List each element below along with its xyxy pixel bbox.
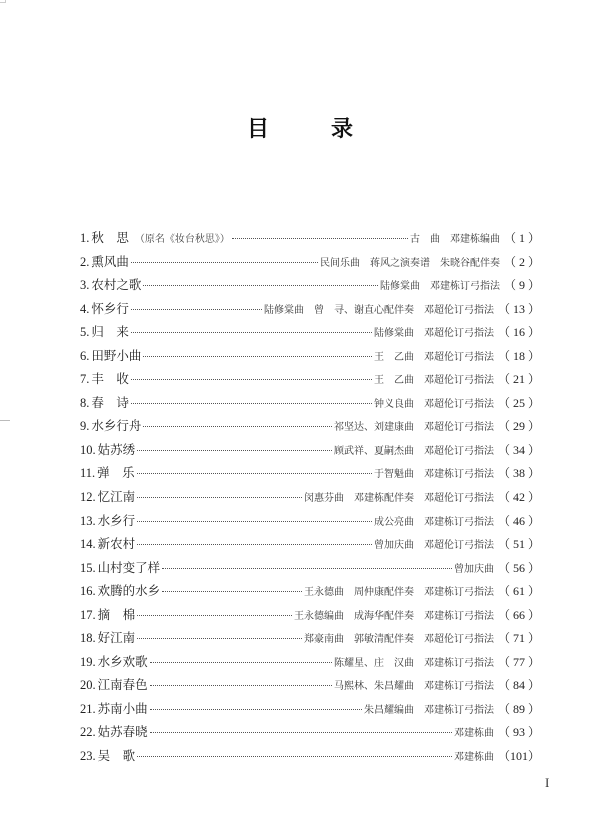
dot-leader [137, 544, 372, 545]
toc-entry-number: 15. [80, 558, 96, 578]
toc-entry[interactable]: 16.欢腾的水乡王永德曲周仲康配伴奏邓建栋订弓指法（ 61 ） [80, 581, 540, 605]
toc-entry[interactable]: 18.好江南郑豪南曲郭敏清配伴奏邓超伦订弓指法（ 71 ） [80, 628, 540, 652]
dot-leader [143, 285, 378, 286]
toc-entry[interactable]: 4.怀乡行陆修棠曲曾 寻、谢直心配伴奏邓超伦订弓指法（ 13 ） [80, 299, 540, 323]
toc-entry-credit: 邓超伦订弓指法 [424, 422, 494, 433]
dot-leader [150, 732, 452, 733]
toc-entry-number: 11. [80, 463, 95, 483]
toc-entry-title: 苏南小曲 [98, 699, 148, 719]
toc-entry-credit: 邓超伦订弓指法 [424, 375, 494, 386]
toc-entry[interactable]: 3.农村之歌陆修棠曲邓建栋订弓指法（ 9 ） [80, 275, 540, 299]
toc-entry-number: 12. [80, 487, 96, 507]
toc-entry-credit: 陈耀星、庄 汉曲 [334, 658, 414, 669]
toc-entry-title: 欢腾的水乡 [98, 581, 161, 601]
toc-entry-credit: 曾加庆曲 [374, 540, 414, 551]
toc-entry-title: 水乡欢歌 [98, 652, 148, 672]
toc-entry-credit: 邓超伦订弓指法 [424, 540, 494, 551]
toc-entry-title: 江南春色 [98, 675, 148, 695]
toc-entry-page: （ 9 ） [504, 275, 540, 295]
toc-entry-credit: 邓建栋编曲 [450, 234, 500, 245]
toc-entry[interactable]: 17.摘 棉王永德编曲成海华配伴奏邓建栋订弓指法（ 66 ） [80, 605, 540, 629]
toc-entry-title: 归 来 [91, 322, 129, 342]
toc-entry-page: （101） [498, 746, 540, 766]
dot-leader [131, 332, 372, 333]
toc-entry-page: （ 66 ） [498, 605, 540, 625]
toc-entry-title: 农村之歌 [91, 275, 141, 295]
toc-entry-credit: 邓超伦订弓指法 [424, 305, 494, 316]
toc-entry-page: （ 21 ） [498, 369, 540, 389]
toc-entry-credit: 邓建栋订弓指法 [424, 611, 494, 622]
toc-entry-credit: 朱晓谷配伴奏 [440, 258, 500, 269]
toc-entry-title: 春 诗 [91, 393, 129, 413]
toc-entry-credits: 陆修棠曲邓超伦订弓指法 [374, 324, 494, 344]
toc-entry[interactable]: 21.苏南小曲朱昌耀编曲邓建栋订弓指法（ 89 ） [80, 699, 540, 723]
toc-entry-page: （ 16 ） [498, 322, 540, 342]
dot-leader [150, 685, 332, 686]
toc-entry-number: 9. [80, 416, 89, 436]
toc-entry-number: 6. [80, 346, 89, 366]
toc-entry[interactable]: 9.水乡行舟祁坚达、刘建康曲邓超伦订弓指法（ 29 ） [80, 416, 540, 440]
toc-entry-credit: 朱昌耀编曲 [364, 705, 414, 716]
toc-entry-credit: 邓超伦订弓指法 [424, 352, 494, 363]
toc-entry-number: 20. [80, 675, 96, 695]
toc-entry-credit: 闵惠芬曲 [304, 493, 344, 504]
toc-entry-page: （ 25 ） [498, 393, 540, 413]
toc-entry-credits: 钟义良曲邓超伦订弓指法 [374, 395, 494, 415]
toc-entry-credit: 邓超伦订弓指法 [424, 399, 494, 410]
toc-entry-page: （ 1 ） [504, 228, 540, 248]
toc-entry-credit: 邓建栋订弓指法 [424, 469, 494, 480]
toc-entry[interactable]: 5.归 来陆修棠曲邓超伦订弓指法（ 16 ） [80, 322, 540, 346]
toc-entry-credit: 邓建栋订弓指法 [424, 587, 494, 598]
toc-entry-title: 姑苏春晓 [98, 722, 148, 742]
toc-entry-credits: 陆修棠曲邓建栋订弓指法 [380, 277, 500, 297]
toc-entry-number: 4. [80, 299, 89, 319]
toc-entry[interactable]: 8.春 诗钟义良曲邓超伦订弓指法（ 25 ） [80, 393, 540, 417]
toc-entry[interactable]: 14.新农村曾加庆曲邓超伦订弓指法（ 51 ） [80, 534, 540, 558]
toc-entry-number: 2. [80, 252, 89, 272]
toc-entry-page: （ 77 ） [498, 652, 540, 672]
toc-entry-credits: 陆修棠曲曾 寻、谢直心配伴奏邓超伦订弓指法 [264, 301, 494, 321]
toc-entry-number: 17. [80, 605, 96, 625]
toc-entry[interactable]: 2.熏风曲民间乐曲蒋风之演奏谱朱晓谷配伴奏（ 2 ） [80, 252, 540, 276]
toc-entry[interactable]: 22.姑苏春晓邓建栋曲（ 93 ） [80, 722, 540, 746]
dot-leader [137, 497, 302, 498]
dot-leader [131, 262, 318, 263]
toc-entry[interactable]: 15.山村变了样曾加庆曲（ 56 ） [80, 558, 540, 582]
toc-entry-credit: 王永德曲 [304, 587, 344, 598]
toc-entry-title: 水乡行 [98, 511, 136, 531]
toc-entry-title: 摘 棉 [98, 605, 136, 625]
toc-entry-credits: 王永德曲周仲康配伴奏邓建栋订弓指法 [304, 583, 494, 603]
toc-entry-credits: 曾加庆曲邓超伦订弓指法 [374, 536, 494, 556]
toc-entry-page: （ 61 ） [498, 581, 540, 601]
toc-entry-number: 14. [80, 534, 96, 554]
toc-entry-credit: 邓超伦订弓指法 [424, 446, 494, 457]
dot-leader [150, 662, 332, 663]
toc-entry-number: 5. [80, 322, 89, 342]
toc-entry-number: 8. [80, 393, 89, 413]
dot-leader [131, 309, 262, 310]
toc-entry-credit: 邓建栋订弓指法 [430, 281, 500, 292]
toc-entry-credit: 祁坚达、刘建康曲 [334, 422, 414, 433]
toc-entry-credits: 于智魁曲邓建栋订弓指法 [374, 465, 494, 485]
toc-entry-page: （ 42 ） [498, 487, 540, 507]
page-title-char-2: 录 [331, 112, 353, 143]
toc-entry-credit: 成海华配伴奏 [354, 611, 414, 622]
toc-entry-credits: 民间乐曲蒋风之演奏谱朱晓谷配伴奏 [320, 254, 500, 274]
toc-entry-credit: 王 乙曲 [374, 375, 414, 386]
toc-entry-credit: 邓建栋配伴奏 [354, 493, 414, 504]
toc-entry-number: 16. [80, 581, 96, 601]
toc-entry-title: 怀乡行 [91, 299, 129, 319]
page-number: I [545, 775, 549, 791]
toc-entry-page: （ 38 ） [498, 463, 540, 483]
toc-entry[interactable]: 7.丰 收王 乙曲邓超伦订弓指法（ 21 ） [80, 369, 540, 393]
dot-leader [137, 473, 372, 474]
toc-entry-credit: 顾武祥、夏嗣杰曲 [334, 446, 414, 457]
toc-entry-credit: 邓超伦订弓指法 [424, 634, 494, 645]
toc-entry-credit: 古 曲 [410, 234, 440, 245]
toc-entry[interactable]: 12.忆江南闵惠芬曲邓建栋配伴奏邓超伦订弓指法（ 42 ） [80, 487, 540, 511]
toc-entry[interactable]: 23.吴 歌邓建栋曲（101） [80, 746, 540, 770]
toc-entry-number: 19. [80, 652, 96, 672]
toc-entry-page: （ 84 ） [498, 675, 540, 695]
toc-entry-credit: 民间乐曲 [320, 258, 360, 269]
crop-mark-left [0, 420, 10, 421]
toc-entry-number: 1. [80, 228, 89, 248]
toc-entry-title: 好江南 [98, 628, 136, 648]
toc-entry-title: 新农村 [98, 534, 136, 554]
toc-entry-number: 10. [80, 440, 96, 460]
toc-entry-credits: 朱昌耀编曲邓建栋订弓指法 [364, 701, 494, 721]
dot-leader [150, 709, 362, 710]
toc-entry[interactable]: 19.水乡欢歌陈耀星、庄 汉曲邓建栋订弓指法（ 77 ） [80, 652, 540, 676]
toc-entry-page: （ 2 ） [504, 252, 540, 272]
toc-entry-page: （ 29 ） [498, 416, 540, 436]
toc-entry-credit: 邓建栋订弓指法 [424, 517, 494, 528]
toc-entry-number: 7. [80, 369, 89, 389]
toc-entry-title: 弹 乐 [97, 463, 135, 483]
toc-entry-title: 吴 歌 [98, 746, 136, 766]
toc-entry-credit: 于智魁曲 [374, 469, 414, 480]
toc-entry-credit: 王永德编曲 [294, 611, 344, 622]
toc-entry-credit: 邓建栋曲 [454, 752, 494, 763]
dot-leader [131, 403, 372, 404]
toc-entry-credit: 周仲康配伴奏 [354, 587, 414, 598]
toc-entry-credit: 邓建栋曲 [454, 728, 494, 739]
toc-entry-note: （原名《妆台秋思》） [135, 230, 230, 250]
toc-entry[interactable]: 20.江南春色马熙林、朱昌耀曲邓建栋订弓指法（ 84 ） [80, 675, 540, 699]
toc-entry[interactable]: 1.秋 思（原名《妆台秋思》）古 曲邓建栋编曲（ 1 ） [80, 228, 540, 252]
toc-entry-credit: 邓建栋订弓指法 [424, 681, 494, 692]
toc-entry-title: 山村变了样 [98, 558, 161, 578]
toc-entry-credits: 邓建栋曲 [454, 748, 494, 768]
toc-entry-title: 丰 收 [91, 369, 129, 389]
toc-entry[interactable]: 13.水乡行成公亮曲邓建栋订弓指法（ 46 ） [80, 511, 540, 535]
toc-entry[interactable]: 6.田野小曲王 乙曲邓超伦订弓指法（ 18 ） [80, 346, 540, 370]
dot-leader [137, 615, 292, 616]
toc-entry[interactable]: 10.姑苏绣顾武祥、夏嗣杰曲邓超伦订弓指法（ 34 ） [80, 440, 540, 464]
toc-entry-page: （ 34 ） [498, 440, 540, 460]
toc-entry-credit: 陆修棠曲 [374, 328, 414, 339]
toc-entry-credit: 曾 寻、谢直心配伴奏 [314, 305, 414, 316]
toc-entry-credits: 王永德编曲成海华配伴奏邓建栋订弓指法 [294, 607, 494, 627]
crop-mark-corner [0, 0, 6, 3]
toc-entry-credit: 马熙林、朱昌耀曲 [334, 681, 414, 692]
toc-entry-page: （ 93 ） [498, 722, 540, 742]
toc-entry-credit: 成公亮曲 [374, 517, 414, 528]
toc-entry-credit: 陆修棠曲 [380, 281, 420, 292]
toc-entry-number: 18. [80, 628, 96, 648]
toc-entry-credit: 郑豪南曲 [304, 634, 344, 645]
toc-entry-page: （ 18 ） [498, 346, 540, 366]
toc-entry-credits: 马熙林、朱昌耀曲邓建栋订弓指法 [334, 677, 494, 697]
dot-leader [162, 591, 302, 592]
toc-entry-number: 22. [80, 722, 96, 742]
toc-entry-credits: 陈耀星、庄 汉曲邓建栋订弓指法 [334, 654, 494, 674]
dot-leader [137, 450, 332, 451]
toc-entry-credit: 王 乙曲 [374, 352, 414, 363]
toc-entry-page: （ 89 ） [498, 699, 540, 719]
dot-leader [137, 756, 452, 757]
toc-entry-title: 熏风曲 [91, 252, 129, 272]
toc-entry-number: 21. [80, 699, 96, 719]
toc-entry-credit: 邓建栋订弓指法 [424, 658, 494, 669]
toc-entry-credit: 邓超伦订弓指法 [424, 328, 494, 339]
toc-entry-credits: 邓建栋曲 [454, 724, 494, 744]
toc-entry-credit: 曾加庆曲 [454, 564, 494, 575]
toc-entry-credits: 曾加庆曲 [454, 560, 494, 580]
toc-entry-credit: 陆修棠曲 [264, 305, 304, 316]
toc-entry-credits: 王 乙曲邓超伦订弓指法 [374, 348, 494, 368]
toc-entry-credits: 古 曲邓建栋编曲 [410, 230, 500, 250]
toc-entry-credit: 邓建栋订弓指法 [424, 705, 494, 716]
toc-entry-title: 忆江南 [98, 487, 136, 507]
toc-entry-credit: 邓超伦订弓指法 [424, 493, 494, 504]
toc-entry-credits: 王 乙曲邓超伦订弓指法 [374, 371, 494, 391]
toc-entry-number: 23. [80, 746, 96, 766]
toc-entry-title: 秋 思 [91, 228, 129, 248]
toc-entry-number: 3. [80, 275, 89, 295]
toc-entry-page: （ 51 ） [498, 534, 540, 554]
toc-entry-credit: 蒋风之演奏谱 [370, 258, 430, 269]
dot-leader [137, 638, 302, 639]
toc-entry-credits: 顾武祥、夏嗣杰曲邓超伦订弓指法 [334, 442, 494, 462]
dot-leader [162, 568, 452, 569]
toc-entry-page: （ 56 ） [498, 558, 540, 578]
page-title-char-1: 目 [247, 112, 269, 143]
toc-entry-title: 姑苏绣 [98, 440, 136, 460]
toc-entry-credit: 钟义良曲 [374, 399, 414, 410]
toc-entry-credits: 祁坚达、刘建康曲邓超伦订弓指法 [334, 418, 494, 438]
toc-entry-number: 13. [80, 511, 96, 531]
dot-leader [143, 426, 332, 427]
table-of-contents: 1.秋 思（原名《妆台秋思》）古 曲邓建栋编曲（ 1 ）2.熏风曲民间乐曲蒋风之… [80, 228, 540, 770]
dot-leader [131, 379, 372, 380]
page-title: 目录 [0, 112, 600, 143]
toc-entry-credits: 成公亮曲邓建栋订弓指法 [374, 513, 494, 533]
toc-entry-credits: 郑豪南曲郭敏清配伴奏邓超伦订弓指法 [304, 630, 494, 650]
toc-entry-page: （ 71 ） [498, 628, 540, 648]
toc-entry-credits: 闵惠芬曲邓建栋配伴奏邓超伦订弓指法 [304, 489, 494, 509]
dot-leader [143, 356, 372, 357]
toc-entry-page: （ 13 ） [498, 299, 540, 319]
dot-leader [232, 238, 408, 239]
toc-entry-title: 田野小曲 [91, 346, 141, 366]
toc-entry[interactable]: 11.弹 乐于智魁曲邓建栋订弓指法（ 38 ） [80, 463, 540, 487]
toc-entry-credit: 郭敏清配伴奏 [354, 634, 414, 645]
dot-leader [137, 521, 372, 522]
toc-entry-page: （ 46 ） [498, 511, 540, 531]
toc-entry-title: 水乡行舟 [91, 416, 141, 436]
